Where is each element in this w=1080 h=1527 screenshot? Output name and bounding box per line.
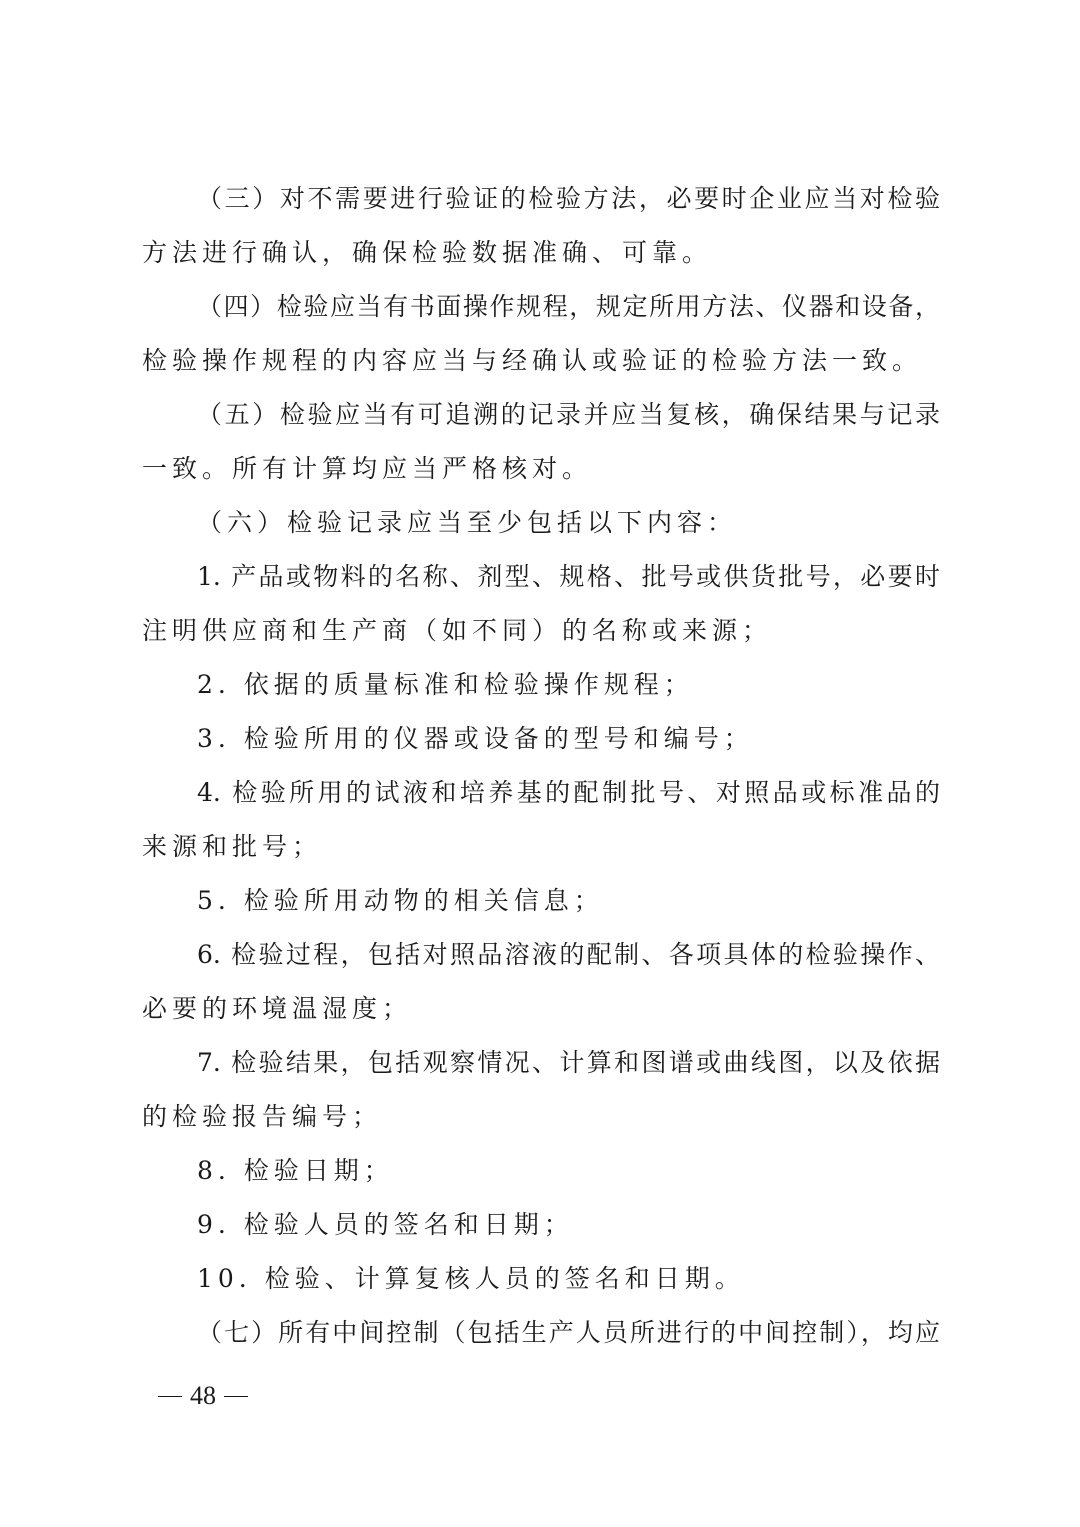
- em-dash-left: [158, 1396, 182, 1397]
- paragraph-4-line-1: （四）检验应当有书面操作规程，规定所用方法、仪器和设备，: [142, 280, 940, 334]
- paragraph-7-line-1: （七）所有中间控制（包括生产人员所进行的中间控制），均应: [142, 1306, 940, 1360]
- paragraph-3-line-2: 方法进行确认，确保检验数据准确、可靠。: [142, 226, 940, 280]
- list-item-1-line-2: 注明供应商和生产商（如不同）的名称或来源；: [142, 604, 940, 658]
- list-item-8: 8. 检验日期；: [142, 1144, 940, 1198]
- paragraph-6-heading: （六）检验记录应当至少包括以下内容：: [142, 496, 940, 550]
- list-item-6-line-2: 必要的环境温湿度；: [142, 982, 940, 1036]
- page-number-footer: 48: [150, 1376, 256, 1416]
- list-item-6-line-1: 6. 检验过程，包括对照品溶液的配制、各项具体的检验操作、: [142, 928, 940, 982]
- paragraph-4-line-2: 检验操作规程的内容应当与经确认或验证的检验方法一致。: [142, 334, 940, 388]
- list-item-7-line-1: 7. 检验结果，包括观察情况、计算和图谱或曲线图，以及依据: [142, 1036, 940, 1090]
- paragraph-5-line-1: （五）检验应当有可追溯的记录并应当复核，确保结果与记录: [142, 388, 940, 442]
- list-item-2: 2. 依据的质量标准和检验操作规程；: [142, 658, 940, 712]
- list-item-5: 5. 检验所用动物的相关信息；: [142, 874, 940, 928]
- list-item-4-line-1: 4. 检验所用的试液和培养基的配制批号、对照品或标准品的: [142, 766, 940, 820]
- list-item-4-line-2: 来源和批号；: [142, 820, 940, 874]
- list-item-10: 10. 检验、计算复核人员的签名和日期。: [142, 1252, 940, 1306]
- page-number: 48: [190, 1376, 216, 1416]
- list-item-3: 3. 检验所用的仪器或设备的型号和编号；: [142, 712, 940, 766]
- list-item-9: 9. 检验人员的签名和日期；: [142, 1198, 940, 1252]
- list-item-1-line-1: 1. 产品或物料的名称、剂型、规格、批号或供货批号，必要时: [142, 550, 940, 604]
- em-dash-right: [224, 1396, 248, 1397]
- document-body: （三）对不需要进行验证的检验方法，必要时企业应当对检验 方法进行确认，确保检验数…: [142, 172, 940, 1360]
- paragraph-3-line-1: （三）对不需要进行验证的检验方法，必要时企业应当对检验: [142, 172, 940, 226]
- paragraph-5-line-2: 一致。所有计算均应当严格核对。: [142, 442, 940, 496]
- list-item-7-line-2: 的检验报告编号；: [142, 1090, 940, 1144]
